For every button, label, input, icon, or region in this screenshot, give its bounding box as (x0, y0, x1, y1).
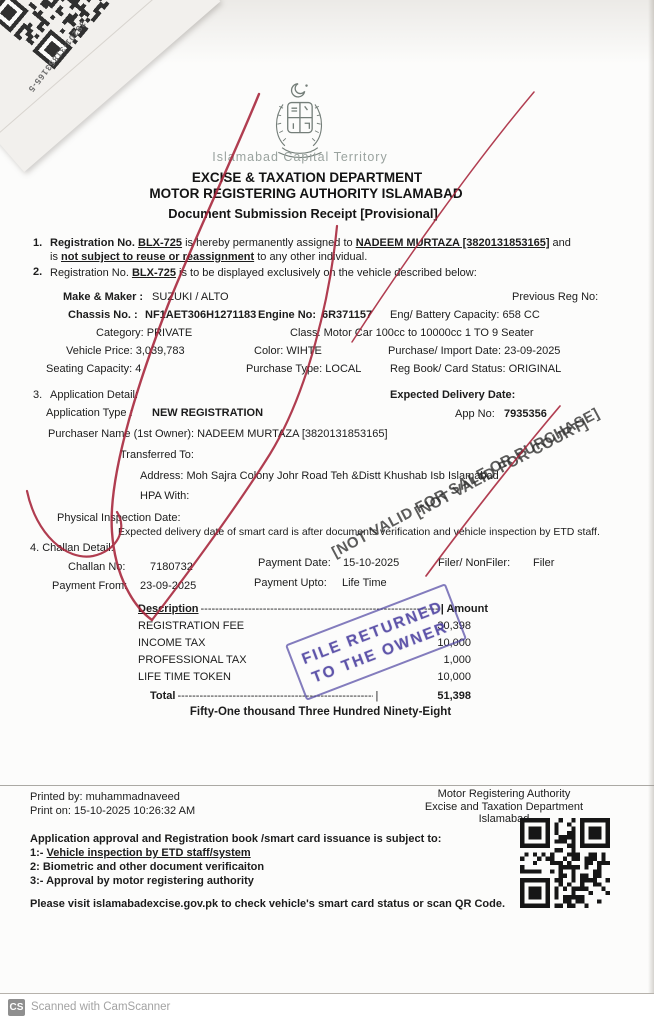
printed-by: Printed by: muhammadnaveed (30, 790, 180, 804)
note-item-1: 1:- Vehicle inspection by ETD staff/syst… (30, 846, 251, 860)
star-icon (305, 84, 307, 86)
payment-from-label: Payment From: (52, 579, 127, 593)
footer-divider (0, 785, 654, 786)
note1-prefix: 1:- (30, 847, 47, 859)
fee-amount: 10,000 (411, 669, 488, 686)
challan-no-label: Challan No: (68, 560, 125, 574)
vehicle-price-field: Vehicle Price: 3,039,783 (66, 344, 185, 358)
payment-date-label: Payment Date: (258, 556, 331, 570)
territory-title: Islamabad Capital Territory (0, 150, 600, 164)
reg-book-status-field: Reg Book/ Card Status: ORIGINAL (390, 362, 561, 376)
notes-intro: Application approval and Registration bo… (30, 832, 441, 846)
fee-label: LIFE TIME TOKEN (138, 669, 231, 686)
payment-upto-value: Life Time (342, 576, 387, 590)
print-on-timestamp: Print on: 15-10-2025 10:26:32 AM (30, 804, 195, 818)
section3-title: Application Detail: (50, 388, 138, 402)
application-type-label: Application Type : (46, 406, 133, 420)
payment-upto-label: Payment Upto: (254, 576, 327, 590)
address-line: Address: Moh Sajra Colony Johr Road Teh … (140, 469, 499, 483)
expected-delivery-label: Expected Delivery Date: (390, 388, 515, 402)
filer-value: Filer (533, 556, 554, 570)
total-pipe: | (375, 688, 378, 705)
line2-prefix: is (50, 251, 61, 263)
payment-from-value: 23-09-2025 (140, 579, 196, 593)
total-dashes: ----------------------------------------… (177, 688, 373, 705)
registration-no-label: Registration No. (50, 237, 138, 249)
line2-tail: to any other individual. (254, 251, 367, 263)
scan-right-edge-shadow (648, 0, 654, 994)
camscanner-text: Scanned with CamScanner (31, 1001, 170, 1013)
registration-no-value: BLX-725 (132, 267, 176, 279)
total-amount: 51,398 (411, 688, 488, 705)
fee-label: PROFESSIONAL TAX (138, 652, 247, 669)
authority-line: Motor Registering Authority (388, 788, 620, 801)
engine-no-label: Engine No: (258, 308, 316, 322)
engine-no-value: 6R371157 (322, 308, 372, 322)
section1-number: 1. (33, 236, 42, 250)
make-maker-label: Make & Maker : (63, 290, 143, 304)
section1-line1: Registration No. BLX-725 is hereby perma… (50, 236, 571, 250)
section1-line2: is not subject to reuse or reassignment … (50, 250, 367, 264)
section2-number: 2. (33, 265, 42, 279)
physical-inspection-label: Physical Inspection Date: (57, 511, 181, 525)
total-label: Total (150, 688, 175, 705)
scanned-receipt-page: 38201-31853165-5 Islamabad Capital Terri… (0, 0, 654, 1024)
class-field: Class: Motor Car 100cc to 10000cc 1 TO 9… (290, 326, 534, 340)
note-item-2: 2: Biometric and other document verifica… (30, 860, 264, 874)
intro-tail: is to be displayed exclusively on the ve… (176, 267, 477, 279)
authority-line: Excise and Taxation Department (388, 801, 620, 814)
seating-capacity-field: Seating Capacity: 4 (46, 362, 141, 376)
fee-label: INCOME TAX (138, 635, 205, 652)
app-no-label: App No: (455, 407, 495, 421)
fee-label: REGISTRATION FEE (138, 618, 244, 635)
registration-no-value: BLX-725 (138, 237, 182, 249)
no-reuse-clause: not subject to reuse or reassignment (61, 251, 254, 263)
color-field: Color: WIHTE (254, 344, 322, 358)
purchaser-name-line: Purchaser Name (1st Owner): NADEEM MURTA… (48, 427, 388, 441)
section1-tail-text: and (550, 237, 571, 249)
payment-date-value: 15-10-2025 (343, 556, 399, 570)
challan-no-value: 7180732 (150, 560, 193, 574)
camscanner-icon: CS (8, 999, 25, 1016)
section4-title: 4. Challan Detail: (30, 541, 114, 555)
purchase-date-field: Purchase/ Import Date: 23-09-2025 (388, 344, 560, 358)
hpa-with-label: HPA With: (140, 489, 189, 503)
authority-title: MOTOR REGISTERING AUTHORITY ISLAMABAD (0, 186, 612, 201)
app-no-value: 7935356 (504, 407, 547, 421)
intro-prefix: Registration No. (50, 267, 132, 279)
chassis-no-value: NF1AET306H1271183 (145, 308, 256, 322)
note1-text: Vehicle inspection by ETD staff/system (47, 847, 251, 859)
battery-capacity: Eng/ Battery Capacity: 658 CC (390, 308, 540, 322)
amount-in-words: Fifty-One thousand Three Hundred Ninety-… (148, 706, 493, 718)
department-title: EXCISE & TAXATION DEPARTMENT (0, 170, 614, 185)
section2-intro: Registration No. BLX-725 is to be displa… (50, 266, 477, 280)
section1-mid-text: is hereby permanently assigned to (182, 237, 356, 249)
owner-name-cnic: NADEEM MURTAZA [3820131853165] (356, 237, 550, 249)
purchase-type-field: Purchase Type: LOCAL (246, 362, 361, 376)
category-field: Category: PRIVATE (96, 326, 192, 340)
receipt-title: Document Submission Receipt [Provisional… (0, 206, 606, 221)
section3-number: 3. (33, 388, 42, 402)
application-type-value: NEW REGISTRATION (152, 406, 263, 420)
crescent-icon (292, 84, 305, 97)
transferred-to-label: Transferred To: (120, 448, 194, 462)
previous-reg-label: Previous Reg No: (512, 290, 598, 304)
make-maker-value: SUZUKI / ALTO (152, 290, 229, 304)
chassis-no-label: Chassis No. : (68, 308, 138, 322)
description-header: Description (138, 601, 199, 618)
filer-label: Filer/ NonFiler: (438, 556, 510, 570)
website-note: Please visit islamabadexcise.gov.pk to c… (30, 897, 505, 911)
qr-code (520, 818, 610, 908)
note-item-3: 3:- Approval by motor registering author… (30, 874, 254, 888)
